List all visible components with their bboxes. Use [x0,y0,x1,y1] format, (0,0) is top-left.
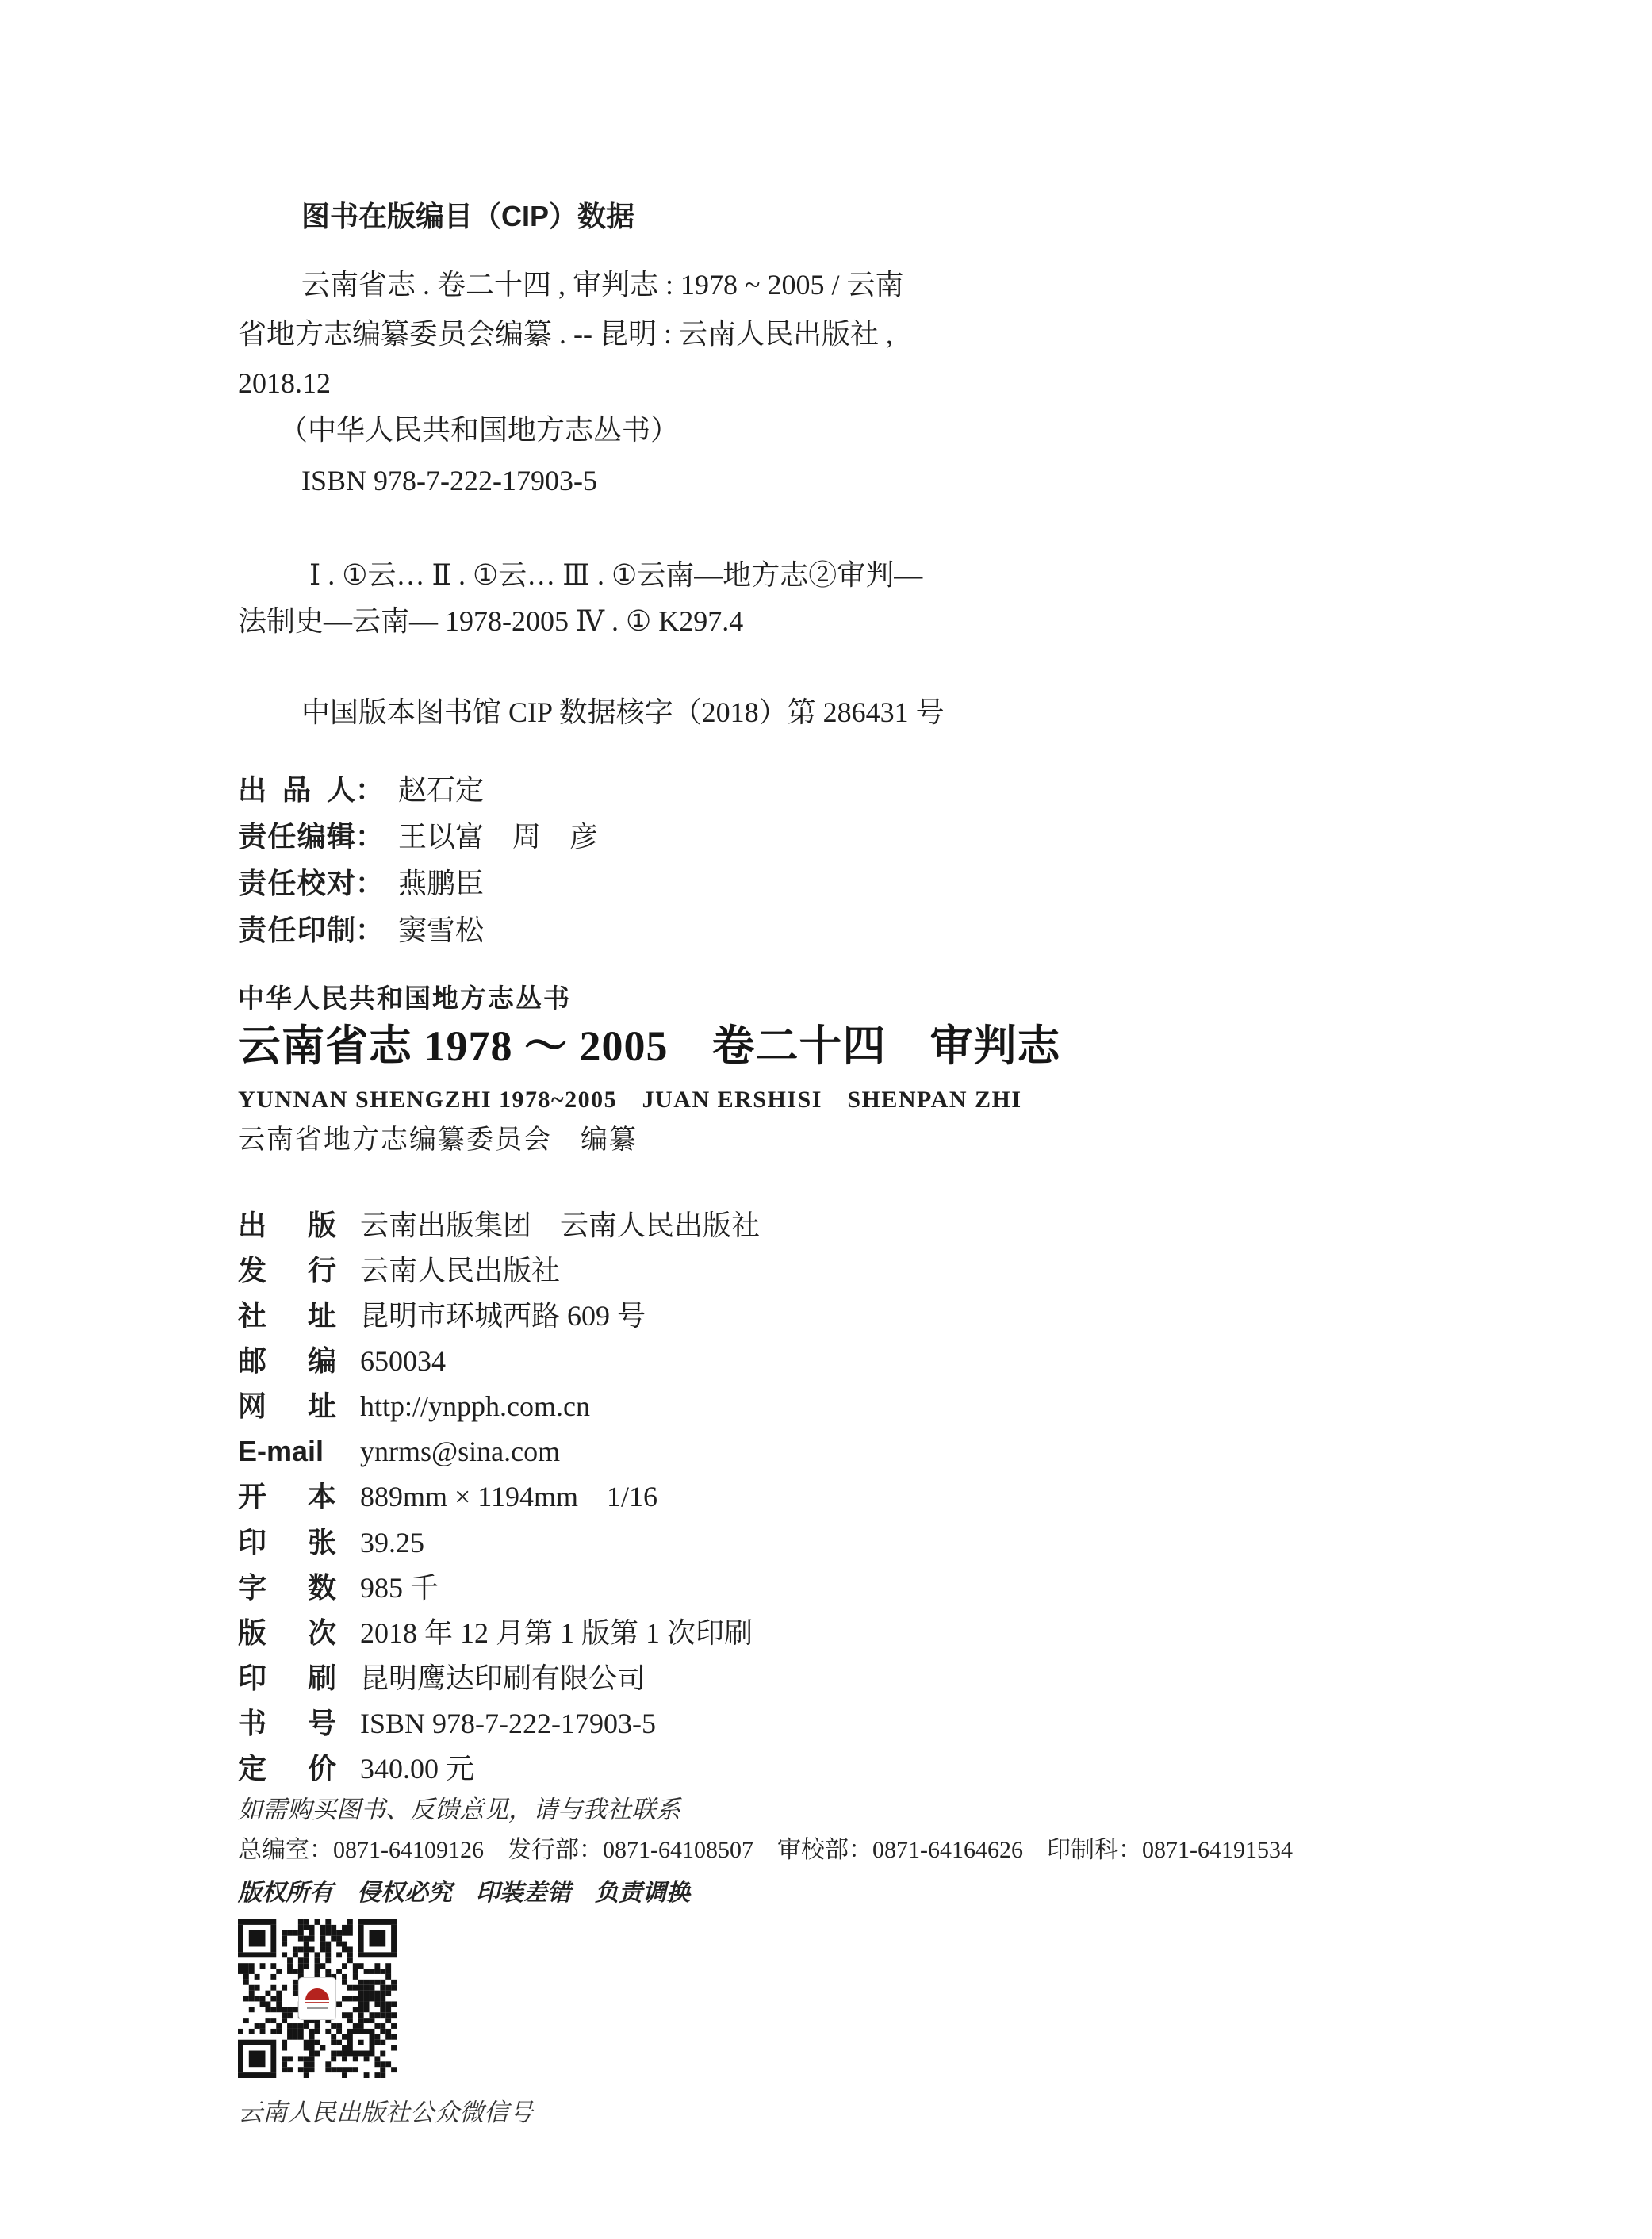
publishing-label: 书 号 [238,1709,336,1738]
staff-value: 赵石定 [398,776,484,804]
cip-record-number: 中国版本图书馆 CIP 数据核字（2018）第 286431 号 [301,698,945,727]
staff-value: 王以富 周 彦 [398,822,598,851]
staff-row-editor: 责任编辑：王以富 周 彦 [238,822,598,851]
staff-label: 出 品 人 [238,776,355,804]
logo-text-mark [307,2007,328,2009]
publishing-value: 650034 [360,1347,446,1375]
staff-value: 窦雪松 [398,916,484,945]
publishing-row-price: 定 价 340.00 元 [238,1754,474,1783]
cip-description-line1: 云南省志 . 卷二十四 , 审判志 : 1978 ~ 2005 / 云南 [301,270,903,299]
publishing-value: 云南出版集团 云南人民出版社 [360,1211,760,1240]
publishing-value: 340.00 元 [360,1754,474,1783]
cip-classification-line1: Ⅰ . ①云… Ⅱ . ①云… Ⅲ . ①云南—地方志②审判— [309,561,922,589]
staff-row-proofreader: 责任校对：燕鹏臣 [238,869,484,898]
publishing-row-distributor: 发 行 云南人民出版社 [238,1256,560,1285]
publishing-row-isbn: 书 号 ISBN 978-7-222-17903-5 [238,1709,656,1738]
staff-label: 责任印制 [238,916,355,945]
compiler-line: 云南省地方志编纂委员会 编纂 [238,1126,638,1153]
publishing-row-publisher: 出 版 云南出版集团 云南人民出版社 [238,1211,760,1240]
publishing-label: 网 址 [238,1392,336,1420]
series-title: 中华人民共和国地方志丛书 [238,985,571,1011]
publishing-label: 出 版 [238,1211,336,1240]
publishing-row-email: E-mail ynrms@sina.com [238,1437,560,1466]
publishing-value: 昆明鹰达印刷有限公司 [360,1664,646,1693]
publishing-value: 985 千 [360,1574,439,1602]
publishing-label: 印 张 [238,1528,336,1557]
staff-colon: ： [355,776,384,804]
staff-value: 燕鹏臣 [398,869,484,898]
publishing-label: 版 次 [238,1619,336,1647]
publishing-value: http://ynpph.com.cn [360,1392,590,1420]
publishing-label: 发 行 [238,1256,336,1285]
staff-label: 责任编辑 [238,822,355,851]
publishing-row-format: 开 本 889mm × 1194mm 1/16 [238,1482,657,1511]
publishing-label: 印 刷 [238,1664,336,1693]
book-title: 云南省志 1978 ～ 2005 卷二十四 审判志 [238,1025,1061,1068]
logo-wave-icon [305,2002,329,2003]
qrcode-caption: 云南人民出版社公众微信号 [238,2100,533,2125]
cip-classification-line2: 法制史—云南— 1978-2005 Ⅳ . ① K297.4 [238,607,743,635]
publishing-label: 邮 编 [238,1347,336,1375]
publishing-label: 社 址 [238,1302,336,1330]
staff-label: 责任校对 [238,869,355,898]
publishing-label: 字 数 [238,1574,336,1602]
publishing-label: E-mail [238,1437,336,1466]
staff-colon: ： [355,916,384,945]
book-title-pinyin: YUNNAN SHENGZHI 1978~2005 JUAN ERSHISI S… [238,1088,1022,1112]
publishing-row-sheets: 印 张 39.25 [238,1528,424,1557]
cip-series-note: （中华人民共和国地方志丛书） [279,416,679,444]
wechat-qrcode [238,1919,397,2078]
publishing-value: 889mm × 1194mm 1/16 [360,1482,657,1511]
publishing-value: 昆明市环城西路 609 号 [360,1302,646,1330]
contact-note: 如需购买图书、反馈意见，请与我社联系 [238,1797,680,1822]
publishing-row-edition: 版 次 2018 年 12 月第 1 版第 1 次印刷 [238,1619,753,1647]
copyright-notice: 版权所有 侵权必究 印装差错 负责调换 [238,1881,690,1905]
publishing-row-wordcount: 字 数 985 千 [238,1574,439,1602]
publishing-label: 定 价 [238,1754,336,1783]
staff-colon: ： [355,869,384,898]
publishing-value: 云南人民出版社 [360,1256,560,1285]
cip-isbn: ISBN 978-7-222-17903-5 [301,466,597,495]
publishing-value: 2018 年 12 月第 1 版第 1 次印刷 [360,1619,753,1647]
publishing-value: ISBN 978-7-222-17903-5 [360,1709,656,1738]
publishing-row-printer: 印 刷 昆明鹰达印刷有限公司 [238,1664,646,1693]
publisher-logo [298,1977,336,2020]
staff-colon: ： [355,822,384,851]
staff-row-producer: 出 品 人：赵石定 [238,776,484,804]
cip-description-line2: 省地方志编纂委员会编纂 . -- 昆明 : 云南人民出版社 , [238,320,893,348]
publishing-value: ynrms@sina.com [360,1437,560,1466]
publishing-label: 开 本 [238,1482,336,1511]
copyright-page: 图书在版编目（CIP）数据 云南省志 . 卷二十四 , 审判志 : 1978 ~… [0,0,1652,2239]
publishing-value: 39.25 [360,1528,424,1557]
publishing-row-address: 社 址 昆明市环城西路 609 号 [238,1302,646,1330]
staff-row-printing-supervisor: 责任印制：窦雪松 [238,916,484,945]
publishing-row-website: 网 址 http://ynpph.com.cn [238,1392,590,1420]
cip-header: 图书在版编目（CIP）数据 [301,202,634,231]
contact-phones: 总编室：0871-64109126 发行部：0871-64108507 审校部：… [238,1838,1293,1862]
publishing-row-postcode: 邮 编 650034 [238,1347,446,1375]
cip-description-line3: 2018.12 [238,369,331,397]
logo-dome-icon [305,1988,329,2000]
